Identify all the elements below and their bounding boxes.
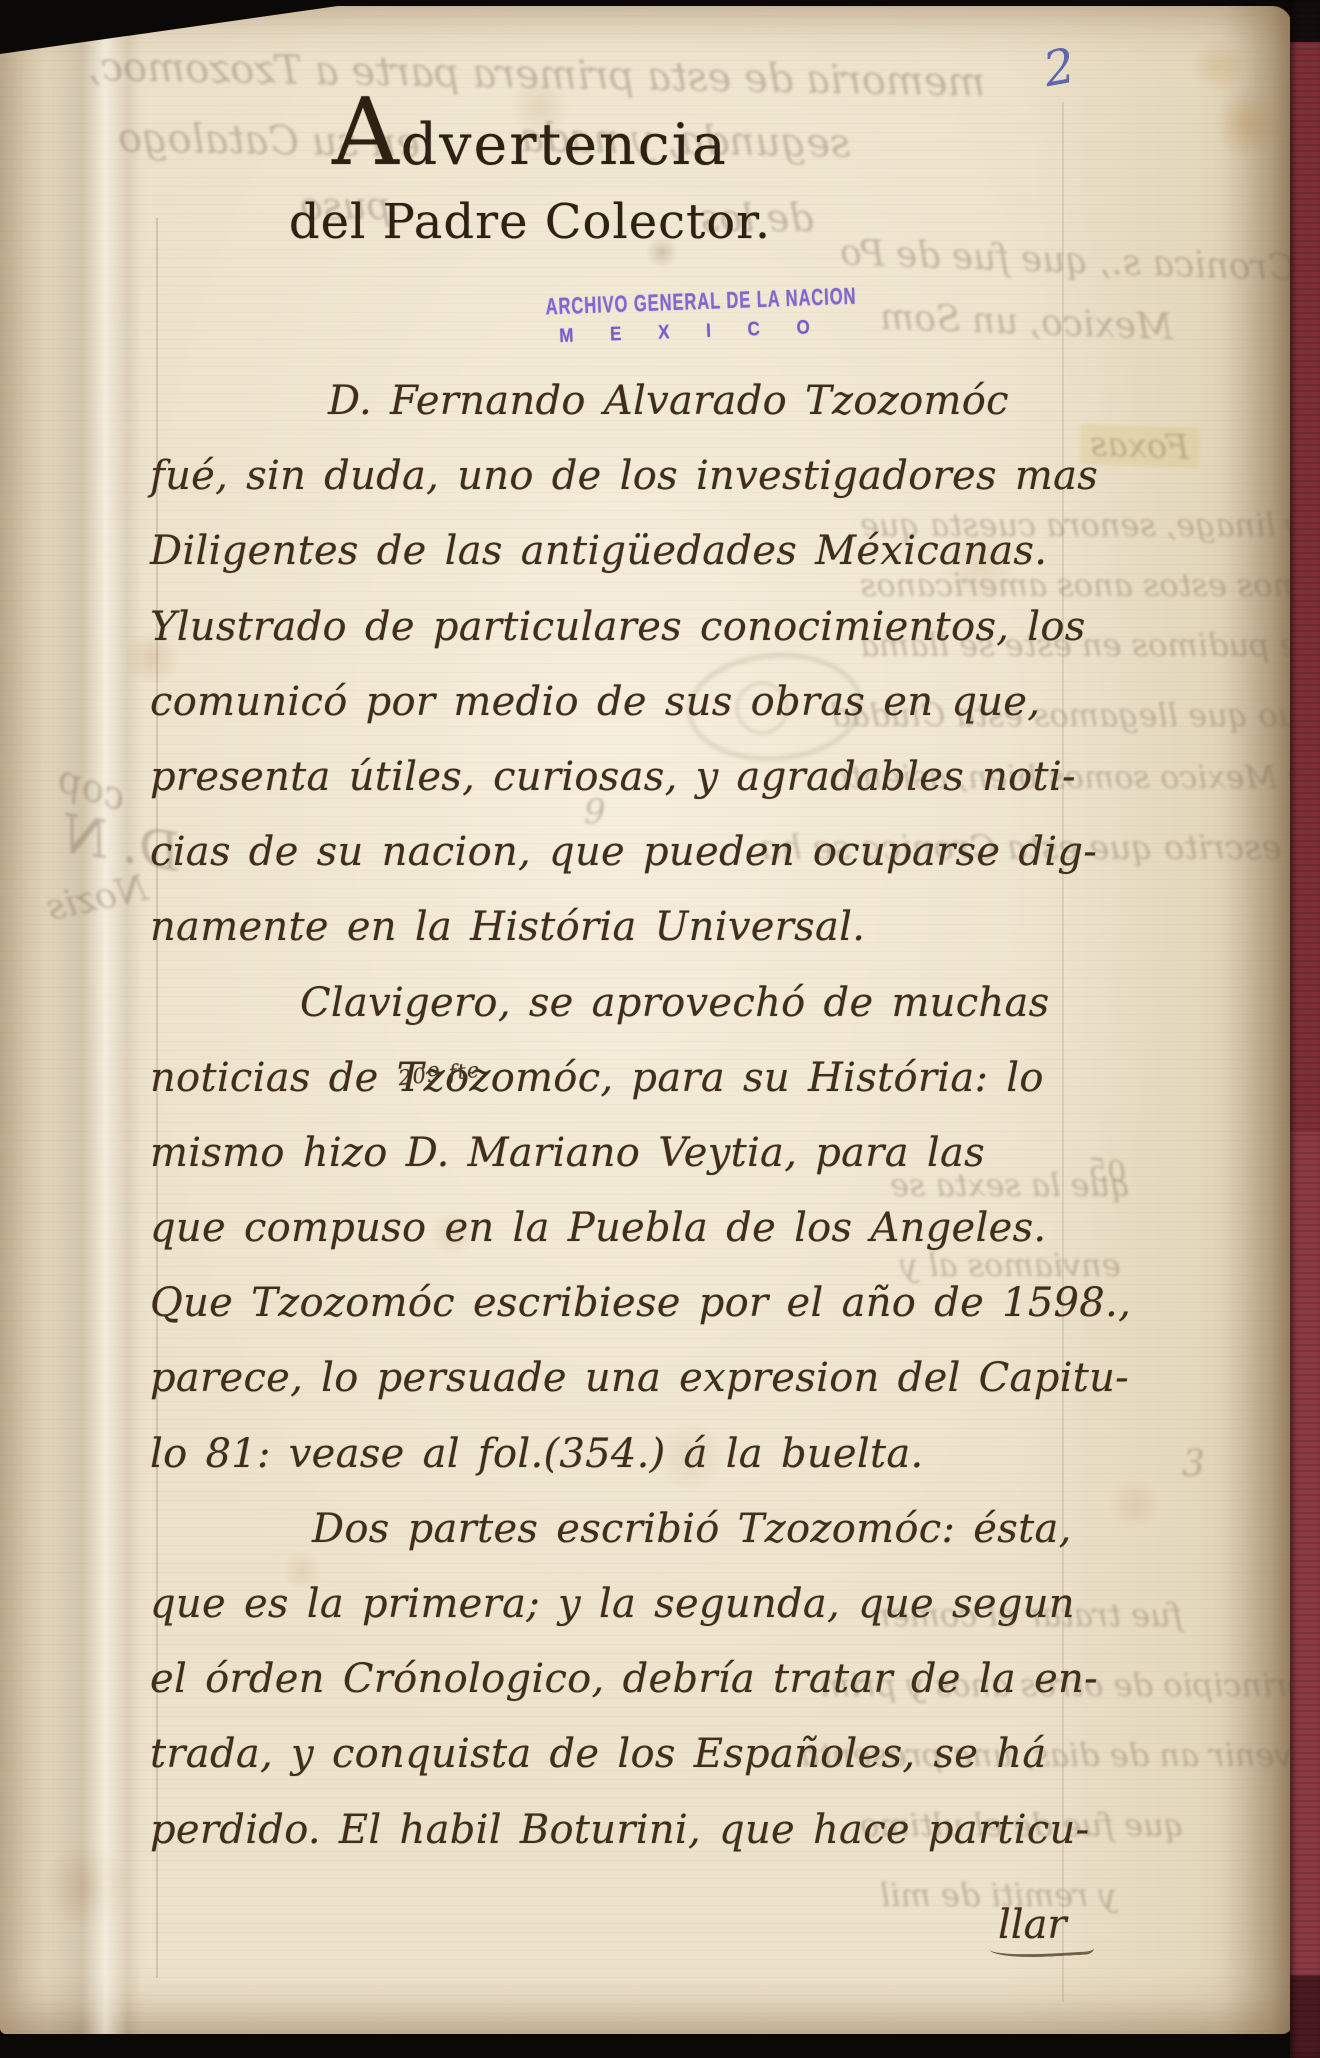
folio-number: 2 — [1039, 38, 1079, 98]
heading-block: Advertencia del Padre Colector. — [250, 86, 810, 250]
page-title: Advertencia — [250, 86, 810, 178]
paragraph: Clavigero, se aprovechó de muchasnoticia… — [150, 980, 1075, 1506]
manuscript-line: Diligentes de las antigüedades Méxicanas… — [150, 528, 1075, 603]
manuscript-line: trada, y conquista de los Españoles, se … — [150, 1731, 1075, 1806]
manuscript-line: fué, sin duda, uno de los investigadores… — [150, 453, 1075, 528]
gutter-crease — [46, 6, 142, 2034]
archive-stamp: ARCHIVO GENERAL DE LA NACION M E X I C O — [533, 287, 835, 347]
manuscript-line: Dos partes escribió Tzozomóc: ésta, — [150, 1506, 1075, 1581]
manuscript-line: lo 81: vease al fol.(354.) á la buelta. — [150, 1431, 1075, 1506]
manuscript-line: que compuso en la Puebla de los Angeles. — [150, 1205, 1075, 1280]
manuscript-line: mismo hizo D. Mariano Veytia, para las — [150, 1130, 1075, 1205]
book-binding-edge — [1290, 0, 1320, 2058]
archive-stamp-line2: M E X I C O — [534, 315, 835, 348]
page-edge-shadow — [1222, 6, 1292, 2034]
paragraph: Dos partes escribió Tzozomóc: ésta,que e… — [150, 1506, 1075, 1882]
manuscript-line: que es la primera; y la segunda, que seg… — [150, 1581, 1075, 1656]
archive-stamp-line1: ARCHIVO GENERAL DE LA NACION — [545, 284, 822, 321]
manuscript-line: Clavigero, se aprovechó de muchas — [150, 980, 1075, 1055]
paragraph: D. Fernando Alvarado Tzozomócfué, sin du… — [150, 378, 1075, 980]
manuscript-line: Que Tzozomóc escribiese por el año de 15… — [150, 1280, 1075, 1355]
manuscript-line: noticias de Tzozomóc, para su História: … — [150, 1055, 1075, 1130]
manuscript-line: parece, lo persuade una expresion del Ca… — [150, 1355, 1075, 1430]
manuscript-line: namente en la História Universal. — [150, 904, 1075, 979]
manuscript-line: Ylustrado de particulares conocimientos,… — [150, 604, 1075, 679]
manuscript-scan: { "page": { "number": "2", "catchword": … — [0, 0, 1320, 2058]
ghost-text-fragment: 3 — [1182, 1444, 1205, 1485]
ghost-text-fragment: Mexico, un Som — [879, 297, 1173, 348]
manuscript-line: D. Fernando Alvarado Tzozomóc — [150, 378, 1075, 453]
catchword: llar — [998, 1902, 1094, 1957]
manuscript-page: memoria de esta primera parte a Tzozomoc… — [0, 6, 1292, 2034]
ghost-text-fragment: 05 — [1086, 1152, 1128, 1191]
page-edges-texture — [1290, 0, 1320, 2058]
ghost-text-fragment: cop — [53, 756, 132, 819]
page-subtitle: del Padre Colector. — [250, 194, 810, 250]
manuscript-body: D. Fernando Alvarado Tzozomócfué, sin du… — [150, 378, 1075, 1882]
manuscript-line: presenta útiles, curiosas, y agradables … — [150, 754, 1075, 829]
manuscript-line: el órden Crónologico, debría tratar de l… — [150, 1656, 1075, 1731]
manuscript-line: comunicó por medio de sus obras en que, — [150, 679, 1075, 754]
ghost-text-fragment: Nozis — [43, 868, 151, 929]
manuscript-line: perdido. El habil Boturini, que hace par… — [150, 1807, 1075, 1882]
ghost-text-fragment: Je la Cronica s., que fue de Po — [839, 232, 1320, 292]
manuscript-line: cias de su nacion, que pueden ocuparse d… — [150, 829, 1075, 904]
